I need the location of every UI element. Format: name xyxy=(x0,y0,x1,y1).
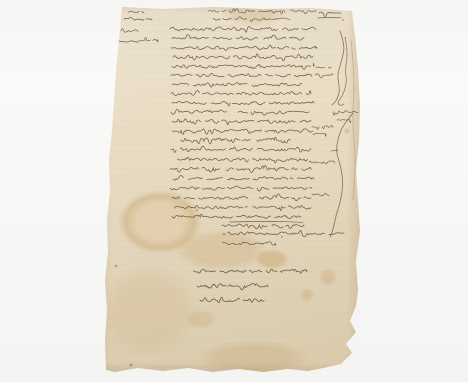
handwriting-line xyxy=(171,73,312,77)
ink-speck xyxy=(342,19,344,21)
handwriting-line xyxy=(337,119,351,122)
handwriting-line xyxy=(172,119,311,125)
handwriting-line xyxy=(222,224,304,229)
handwriting-line xyxy=(315,74,333,78)
handwriting-line xyxy=(208,9,316,14)
handwriting-line xyxy=(119,37,158,42)
handwriting-layer xyxy=(0,0,468,382)
handwriting-line xyxy=(172,63,314,69)
handwriting-line xyxy=(194,269,307,273)
handwriting-line xyxy=(177,157,310,162)
handwriting-line xyxy=(173,176,314,180)
handwriting-line xyxy=(171,109,309,115)
handwriting-line xyxy=(124,17,152,20)
handwriting-line xyxy=(333,111,358,116)
margin-brace-stroke xyxy=(351,40,355,200)
handwriting-line xyxy=(213,17,290,22)
margin-brace-stroke xyxy=(330,113,353,237)
handwriting-line xyxy=(173,54,313,61)
handwriting-line xyxy=(312,126,333,130)
handwriting-line xyxy=(172,129,315,135)
handwriting-line xyxy=(170,27,316,33)
handwriting-line xyxy=(223,231,344,237)
handwriting-line xyxy=(171,91,311,96)
handwriting-line xyxy=(197,283,268,289)
handwriting-line xyxy=(172,214,301,219)
handwriting-line xyxy=(170,186,312,191)
ink-speck xyxy=(281,236,283,238)
handwriting-line xyxy=(316,67,331,68)
handwriting-line xyxy=(172,194,311,201)
margin-brace-stroke xyxy=(338,37,347,105)
handwriting-line xyxy=(171,146,311,152)
handwriting-line xyxy=(312,193,329,196)
handwriting-line xyxy=(319,12,341,16)
handwriting-line xyxy=(181,137,291,143)
margin-brace-stroke xyxy=(332,31,344,105)
handwriting-line xyxy=(171,45,317,50)
handwriting-line xyxy=(172,83,305,87)
handwriting-line xyxy=(170,166,311,173)
handwriting-line xyxy=(223,242,277,246)
handwriting-line xyxy=(309,161,335,163)
handwriting-line xyxy=(172,35,304,41)
ink-speck xyxy=(196,209,198,211)
handwriting-line xyxy=(200,297,264,302)
handwriting-line xyxy=(174,206,311,211)
handwriting-line xyxy=(172,101,314,106)
manuscript-photo xyxy=(0,0,468,382)
handwriting-line xyxy=(313,133,326,137)
handwriting-line xyxy=(128,11,144,13)
margin-brace-stroke xyxy=(230,221,303,222)
handwriting-line xyxy=(121,29,138,32)
